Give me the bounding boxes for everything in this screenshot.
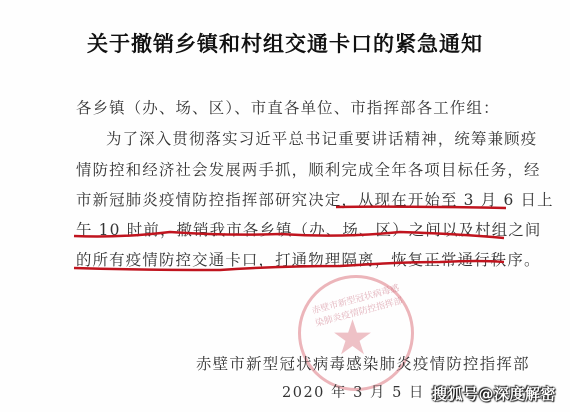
notice-document: 关于撤销乡镇和村组交通卡口的紧急通知 各乡镇（办、场、区）、市直各单位、市指挥部… (0, 0, 570, 412)
issue-date: 2020 年 3 月 5 日 (282, 381, 425, 402)
body-line-5: 的所有疫情防控交通卡口，打通物理隔离，恢复正常通行秩序。 (76, 248, 541, 270)
body-line-3: 市新冠肺炎疫情防控指挥部研究决定，从现在开始至 3 月 6 日上 (76, 188, 554, 210)
body-line-4: 午 10 时前，撤销我市各乡镇（办、场、区）之间以及村组之间 (76, 218, 542, 240)
salutation: 各乡镇（办、场、区）、市直各单位、市指挥部各工作组： (76, 96, 500, 118)
watermark: 搜狐号@深度解密 (432, 383, 556, 404)
signer: 赤壁市新型冠状病毒感染肺炎疫情防控指挥部 (196, 352, 530, 374)
body-line-1: 为了深入贯彻落实习近平总书记重要讲话精神，统筹兼顾疫 (106, 127, 537, 149)
document-title: 关于撤销乡镇和村组交通卡口的紧急通知 (0, 28, 570, 58)
body-line-2: 情防控和经济社会发展两手抓，顺利完成全年各项目标任务，经 (76, 158, 541, 180)
